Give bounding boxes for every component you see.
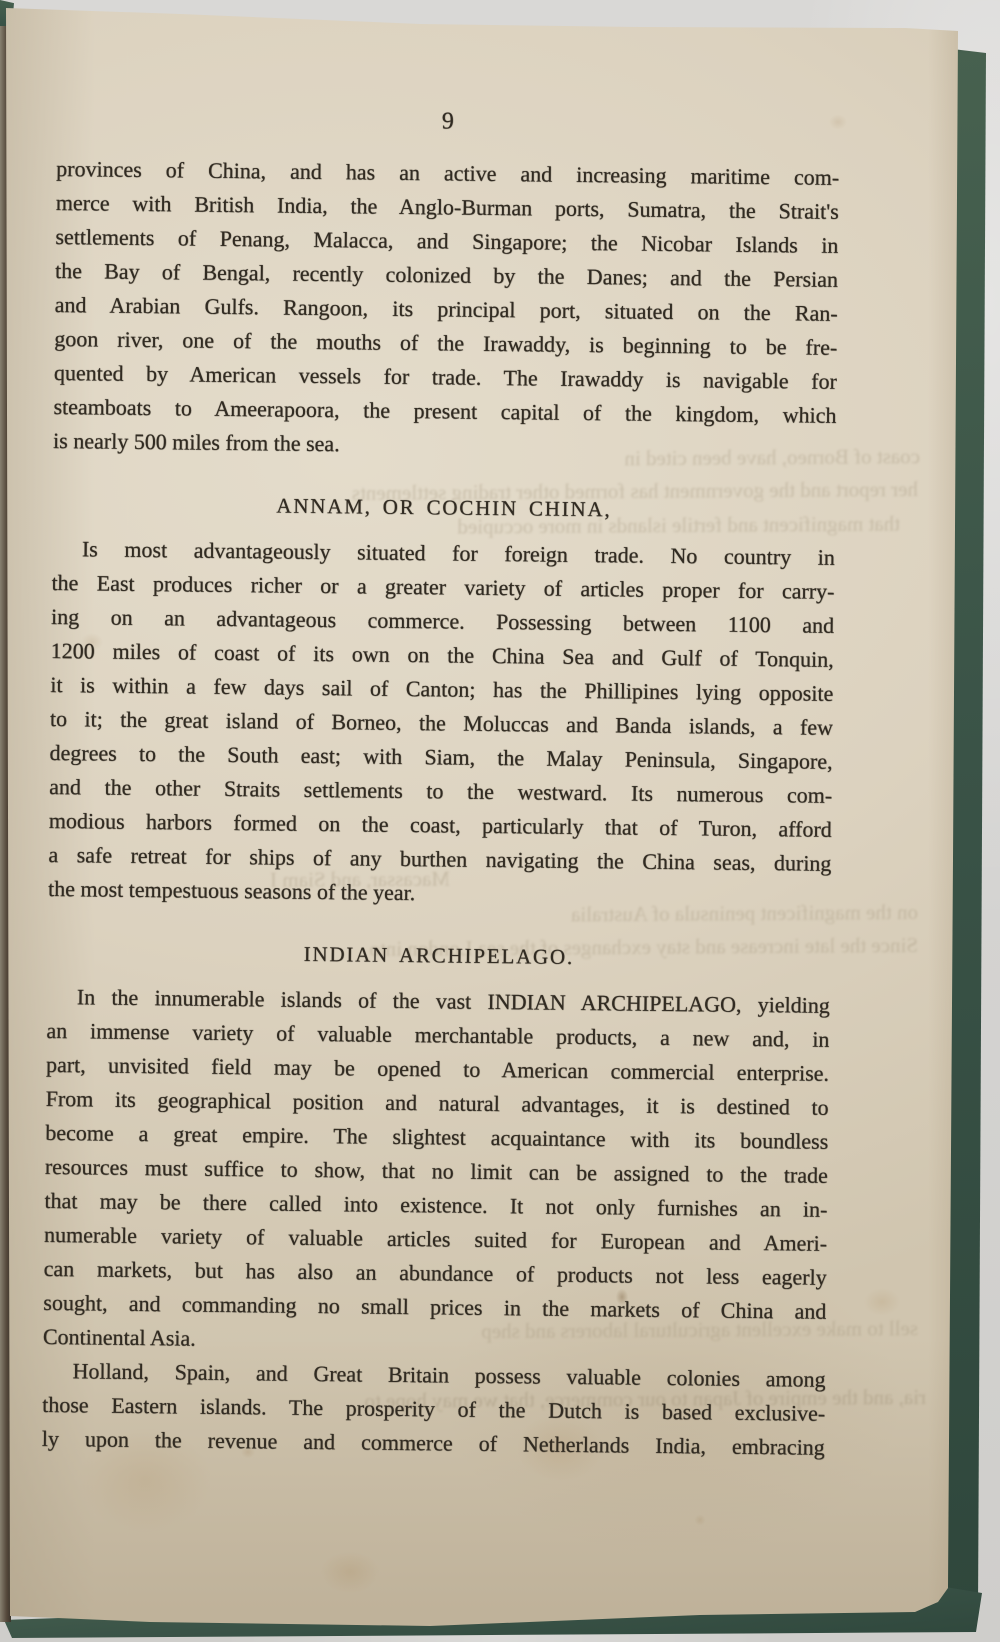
text-block: provinces of China, and has an active an… <box>42 152 840 1465</box>
section-heading: INDIAN ARCHIPELAGO. <box>47 936 830 975</box>
body-paragraph: In the innumerable islands of the vast I… <box>43 980 830 1363</box>
book-photo: coast of Borneo, have been cited inher r… <box>0 0 1000 1642</box>
body-paragraph: Holland, Spain, and Great Britain posses… <box>42 1354 826 1465</box>
body-paragraph: provinces of China, and has an active an… <box>53 152 839 467</box>
body-paragraph: Is most advantageously situated for fore… <box>48 532 835 915</box>
book-page: coast of Borneo, have been cited inher r… <box>0 0 962 1632</box>
page-content: 9 provinces of China, and has an active … <box>42 100 840 1465</box>
page-number: 9 <box>57 100 840 143</box>
section-heading: ANNAM, OR COCHIN CHINA, <box>52 488 835 527</box>
